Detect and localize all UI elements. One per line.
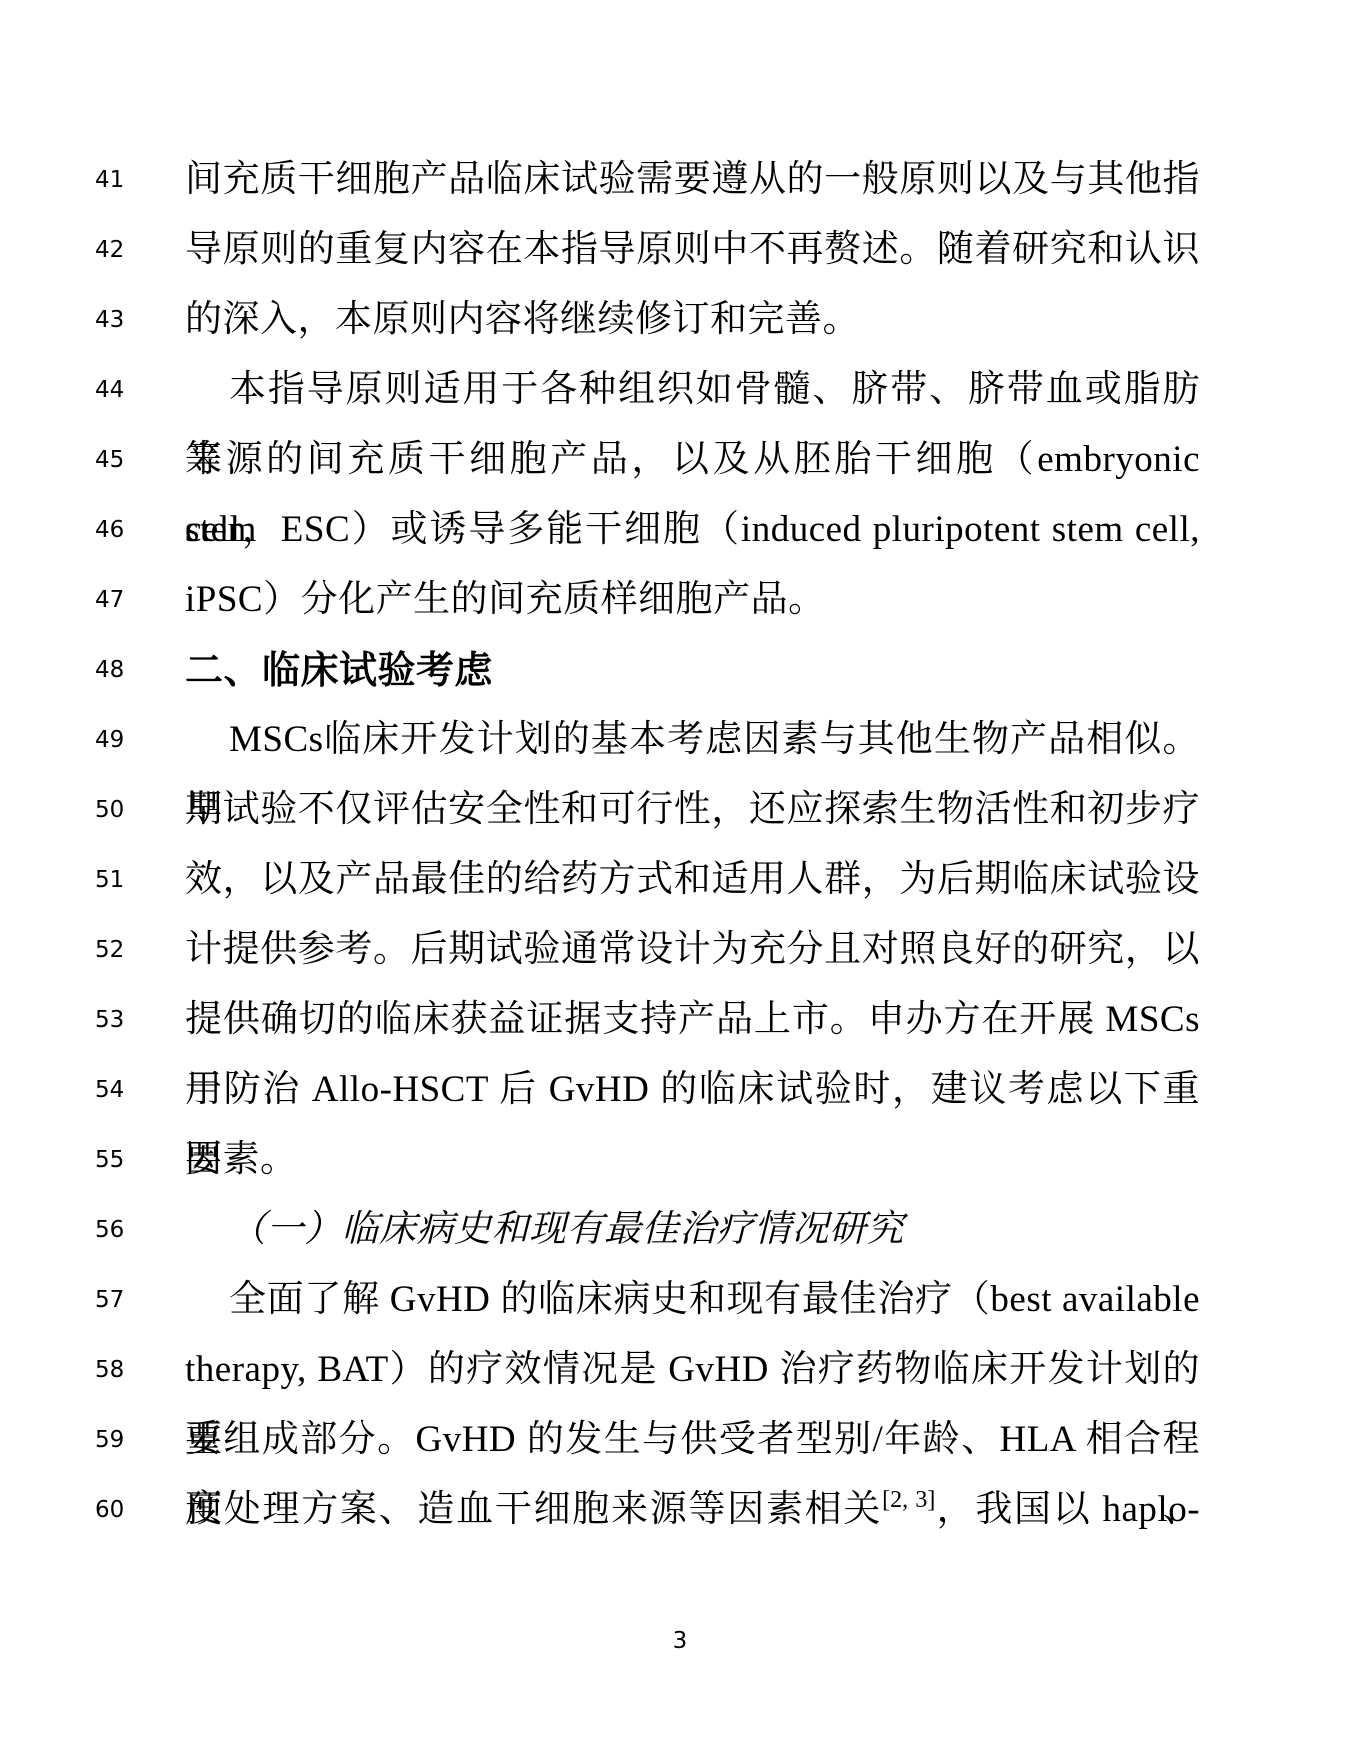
line-text: therapy, BAT）的疗效情况是 GvHD 治疗药物临床开发计划的重 [185,1335,1200,1405]
text-segment: 计提供参考。后期试验通常设计为充分且对照良好的研究，以 [185,929,1200,970]
text-segment: 因素。 [185,1139,298,1180]
line-number: 41 [95,145,124,215]
document-body: 41间充质干细胞产品临床试验需要遵从的一般原则以及与其他指42导原则的重复内容在… [0,145,1360,1545]
doc-line-53: 53提供确切的临床获益证据支持产品上市。申办方在开展 MSCs 用 [0,985,1360,1055]
doc-line-56: 56（一）临床病史和现有最佳治疗情况研究 [0,1195,1360,1265]
text-segment: 期试验不仅评估安全性和可行性，还应探索生物活性和初步疗 [185,789,1200,830]
line-text: 导原则的重复内容在本指导原则中不再赘述。随着研究和认识 [185,215,1200,285]
text-segment: 二、临床试验考虑 [185,648,493,692]
text-segment: ，我国以 haplo- [935,1489,1200,1530]
line-number: 59 [95,1405,124,1475]
line-number: 48 [95,635,124,705]
line-number: 45 [95,425,124,495]
text-segment: 导原则的重复内容在本指导原则中不再赘述。随着研究和认识 [185,229,1200,270]
text-segment: 全面了解 GvHD 的临床病史和现有最佳治疗（best available [229,1279,1200,1320]
line-text: iPSC）分化产生的间充质样细胞产品。 [185,565,1200,635]
line-number: 43 [95,285,124,355]
citation-superscript: [2, 3] [882,1487,935,1513]
doc-line-51: 51效，以及产品最佳的给药方式和适用人群，为后期临床试验设 [0,845,1360,915]
doc-line-48: 48二、临床试验考虑 [0,635,1360,705]
line-text: 全面了解 GvHD 的临床病史和现有最佳治疗（best available [185,1265,1200,1335]
doc-line-59: 59要组成部分。GvHD 的发生与供受者型别/年龄、HLA 相合程度、 [0,1405,1360,1475]
doc-line-44: 44本指导原则适用于各种组织如骨髓、脐带、脐带血或脂肪等 [0,355,1360,425]
line-text: 要组成部分。GvHD 的发生与供受者型别/年龄、HLA 相合程度、 [185,1405,1200,1475]
line-text: 因素。 [185,1125,1200,1195]
text-segment: 效，以及产品最佳的给药方式和适用人群，为后期临床试验设 [185,859,1200,900]
line-number: 57 [95,1265,124,1335]
line-text: 计提供参考。后期试验通常设计为充分且对照良好的研究，以 [185,915,1200,985]
document-page: 41间充质干细胞产品临床试验需要遵从的一般原则以及与其他指42导原则的重复内容在… [0,0,1360,1760]
line-number: 42 [95,215,124,285]
line-number: 51 [95,845,124,915]
line-number: 53 [95,985,124,1055]
doc-line-50: 50期试验不仅评估安全性和可行性，还应探索生物活性和初步疗 [0,775,1360,845]
text-segment: （一）临床病史和现有最佳治疗情况研究 [229,1209,904,1250]
doc-line-54: 54于防治 Allo-HSCT 后 GvHD 的临床试验时，建议考虑以下重要 [0,1055,1360,1125]
line-text: cell，ESC）或诱导多能干细胞（induced pluripotent st… [185,495,1200,565]
doc-line-47: 47iPSC）分化产生的间充质样细胞产品。 [0,565,1360,635]
text-segment: iPSC）分化产生的间充质样细胞产品。 [185,579,826,620]
doc-line-55: 55因素。 [0,1125,1360,1195]
line-text: 的深入，本原则内容将继续修订和完善。 [185,285,1200,355]
line-text: 来源的间充质干细胞产品，以及从胚胎干细胞（embryonic stem [185,425,1200,495]
line-text: （一）临床病史和现有最佳治疗情况研究 [185,1195,1200,1265]
doc-line-60: 60预处理方案、造血干细胞来源等因素相关[2, 3]，我国以 haplo- [0,1475,1360,1545]
line-text: MSCs临床开发计划的基本考虑因素与其他生物产品相似。早 [185,705,1200,775]
line-number: 52 [95,915,124,985]
page-number: 3 [0,1628,1360,1654]
text-segment: cell，ESC）或诱导多能干细胞（induced pluripotent st… [185,509,1200,550]
doc-line-57: 57全面了解 GvHD 的临床病史和现有最佳治疗（best available [0,1265,1360,1335]
doc-line-43: 43的深入，本原则内容将继续修订和完善。 [0,285,1360,355]
line-number: 58 [95,1335,124,1405]
line-text: 预处理方案、造血干细胞来源等因素相关[2, 3]，我国以 haplo- [185,1475,1200,1545]
text-segment: 的深入，本原则内容将继续修订和完善。 [185,299,860,340]
line-number: 55 [95,1125,124,1195]
line-text: 效，以及产品最佳的给药方式和适用人群，为后期临床试验设 [185,845,1200,915]
doc-line-52: 52计提供参考。后期试验通常设计为充分且对照良好的研究，以 [0,915,1360,985]
doc-line-45: 45来源的间充质干细胞产品，以及从胚胎干细胞（embryonic stem [0,425,1360,495]
line-text: 于防治 Allo-HSCT 后 GvHD 的临床试验时，建议考虑以下重要 [185,1055,1200,1125]
doc-line-46: 46cell，ESC）或诱导多能干细胞（induced pluripotent … [0,495,1360,565]
doc-line-41: 41间充质干细胞产品临床试验需要遵从的一般原则以及与其他指 [0,145,1360,215]
line-text: 提供确切的临床获益证据支持产品上市。申办方在开展 MSCs 用 [185,985,1200,1055]
text-segment: 预处理方案、造血干细胞来源等因素相关 [185,1489,882,1530]
line-number: 47 [95,565,124,635]
line-number: 44 [95,355,124,425]
text-segment: 间充质干细胞产品临床试验需要遵从的一般原则以及与其他指 [185,159,1200,200]
doc-line-49: 49MSCs临床开发计划的基本考虑因素与其他生物产品相似。早 [0,705,1360,775]
line-text: 期试验不仅评估安全性和可行性，还应探索生物活性和初步疗 [185,775,1200,845]
line-text: 二、临床试验考虑 [185,635,1200,705]
doc-line-42: 42导原则的重复内容在本指导原则中不再赘述。随着研究和认识 [0,215,1360,285]
line-number: 49 [95,705,124,775]
line-number: 56 [95,1195,124,1265]
doc-line-58: 58therapy, BAT）的疗效情况是 GvHD 治疗药物临床开发计划的重 [0,1335,1360,1405]
line-text: 间充质干细胞产品临床试验需要遵从的一般原则以及与其他指 [185,145,1200,215]
line-text: 本指导原则适用于各种组织如骨髓、脐带、脐带血或脂肪等 [185,355,1200,425]
line-number: 50 [95,775,124,845]
line-number: 60 [95,1475,124,1545]
line-number: 54 [95,1055,124,1125]
line-number: 46 [95,495,124,565]
